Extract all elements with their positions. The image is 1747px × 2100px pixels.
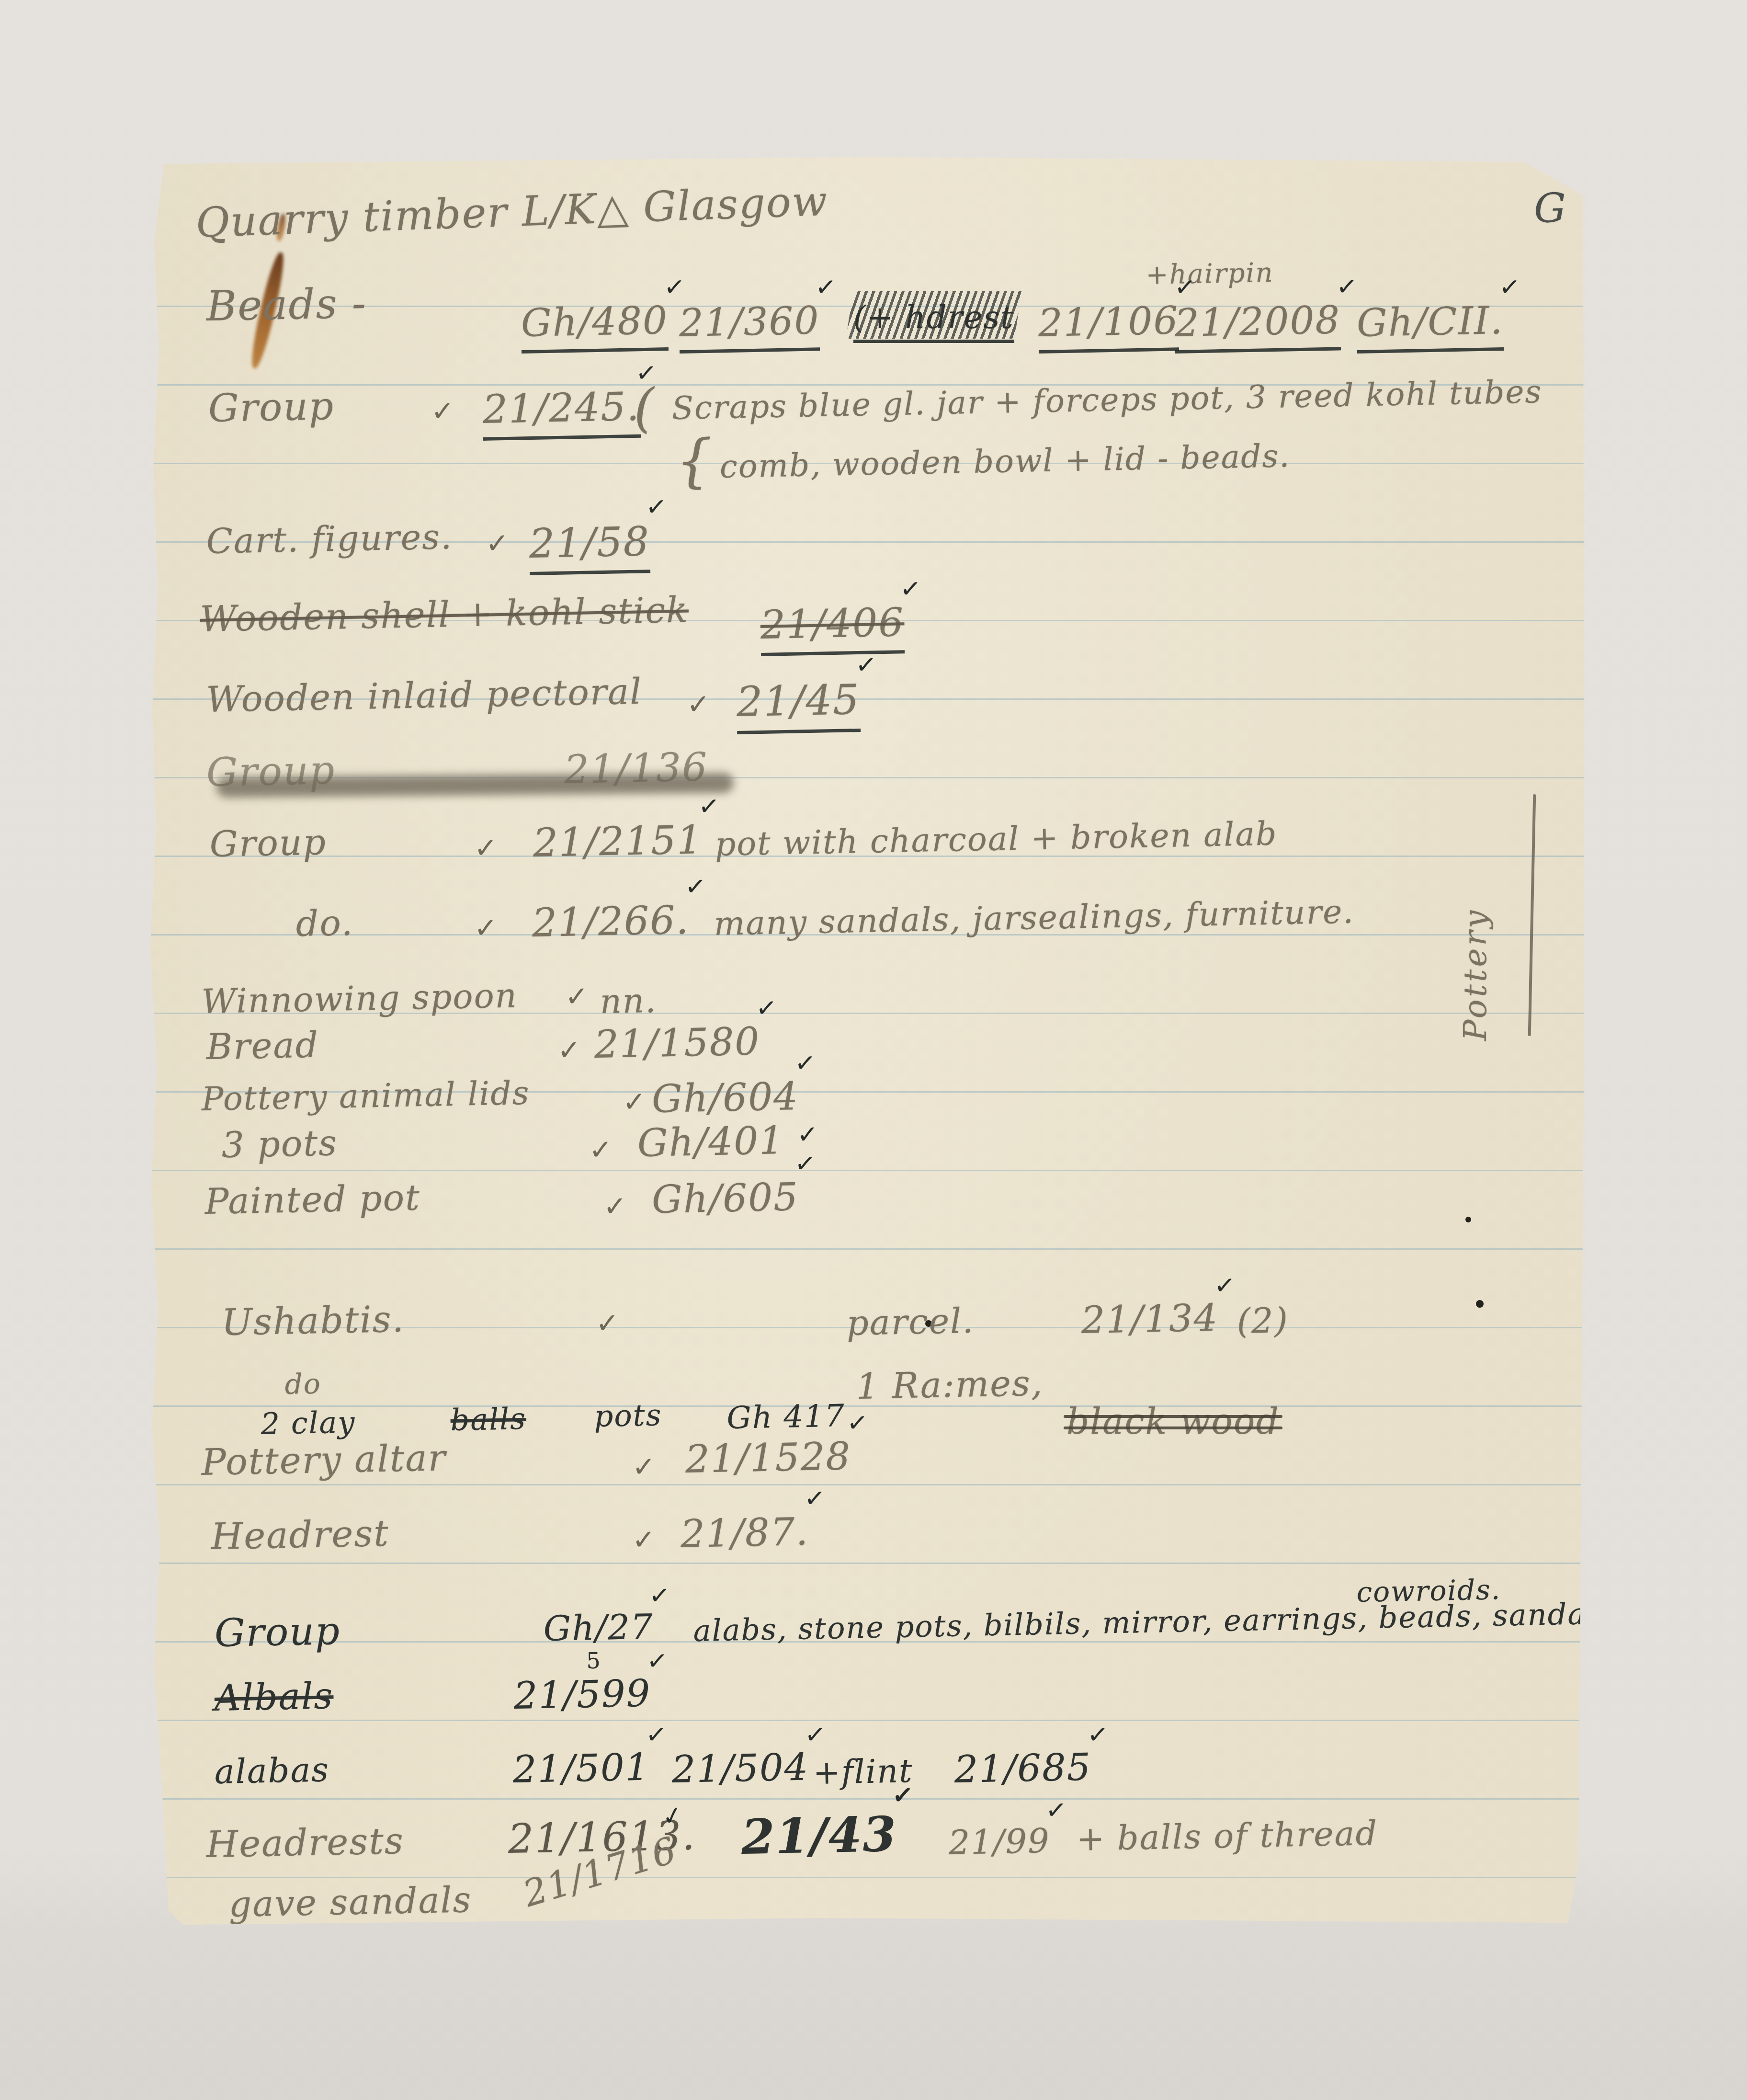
check-icon: ✓ <box>645 1720 668 1750</box>
check-icon: ✓ <box>646 1646 669 1677</box>
check-icon: ✓ <box>846 1408 869 1438</box>
check-icon: ✓ <box>687 688 710 720</box>
replacement-word: pots <box>594 1397 662 1434</box>
find-number: 21/501✓ <box>512 1746 650 1792</box>
note-text: parcel. <box>846 1301 975 1343</box>
entry-text: 1 Ra:mes, <box>856 1363 1044 1407</box>
row-label: Winnowing spoon <box>201 976 518 1021</box>
find-number: 21/245.✓ <box>482 384 641 441</box>
check-icon: ✓ <box>565 980 589 1013</box>
find-number: 21/504✓ <box>671 1746 809 1792</box>
check-icon: ✓ <box>431 395 454 427</box>
check-icon: ✓ <box>1498 272 1521 303</box>
find-number: Gh 417 <box>726 1398 845 1436</box>
row-label: Ushabtis. <box>221 1298 405 1344</box>
check-icon: ✓ <box>803 1484 827 1514</box>
check-icon: ✓ <box>797 1120 818 1150</box>
check-icon: ✓ <box>814 272 838 303</box>
row-label: Group <box>208 384 335 431</box>
margin-note-pottery: Pottery <box>1457 811 1494 1041</box>
row-label: Albals <box>214 1674 334 1719</box>
find-number: 21/406✓ <box>760 600 905 656</box>
row-label: do. <box>295 902 354 945</box>
check-icon: ✓ <box>1213 1270 1237 1301</box>
row-label: Headrest <box>211 1512 390 1558</box>
check-icon: ✓ <box>794 1048 817 1079</box>
check-icon: ✓ <box>1173 272 1197 303</box>
find-number: 21/99✓ <box>948 1821 1050 1862</box>
check-icon: ✓ <box>854 650 878 681</box>
check-icon: ✓ <box>474 912 498 944</box>
find-number: Gh/480✓ <box>521 298 669 354</box>
check-icon: ✓ <box>589 1133 613 1166</box>
find-number: 21/266.✓ <box>532 898 690 946</box>
row-label: gave sandals <box>228 1879 472 1925</box>
check-icon: ✓ <box>623 1085 646 1118</box>
check-icon: ✓ <box>474 832 498 864</box>
find-number: 21/43✓ <box>741 1806 897 1865</box>
check-icon: ✓ <box>486 527 509 559</box>
check-icon: ✓ <box>794 1149 817 1179</box>
find-number: 21/87.✓ <box>680 1509 809 1556</box>
find-number: Gh/401✓ <box>637 1118 785 1165</box>
row-label: Wooden inlaid pectoral <box>206 671 643 720</box>
find-number: Gh/27✓ <box>543 1607 654 1649</box>
find-number: 21/599✓ <box>513 1672 651 1718</box>
entry-text: 2 clay <box>261 1404 356 1441</box>
find-number: 21/134✓ <box>1081 1297 1219 1342</box>
find-number: 21/45✓ <box>736 676 861 734</box>
note-text: + balls of thread <box>1076 1814 1378 1859</box>
check-icon: ✓ <box>632 1450 656 1483</box>
scanned-document-page: { "page": { "corner_letter": "G ." }, "h… <box>0 0 1747 2100</box>
check-icon: ✓ <box>557 1034 581 1066</box>
check-icon: ✓ <box>899 574 922 605</box>
check-icon: ✓ <box>755 993 778 1024</box>
find-number: Gh/605✓ <box>651 1175 799 1222</box>
superscript-correction: 5 <box>586 1647 601 1674</box>
find-number: 21/1580✓ <box>594 1019 760 1067</box>
row-label: Beads - <box>206 280 367 331</box>
find-number: Gh/604✓ <box>651 1074 799 1121</box>
brace: { <box>675 427 714 494</box>
insert-above: do <box>284 1368 321 1401</box>
note-text: nn. <box>600 981 657 1021</box>
row-label: Pottery animal lids <box>201 1074 530 1118</box>
row-label: 3 pots <box>221 1122 338 1166</box>
row-label: Group <box>214 1609 341 1655</box>
check-icon: ✓ <box>684 872 707 902</box>
note-text: alabs, stone pots, bilbils, mirror, earr… <box>693 1596 1613 1648</box>
group-contents-line1: Scraps blue gl. jar + forceps pot, 3 ree… <box>671 373 1543 427</box>
row-label: Bread <box>206 1024 319 1067</box>
find-number: 21/685✓ <box>954 1746 1092 1792</box>
ink-spot <box>1465 1217 1471 1222</box>
struck-text: Wooden shell + kohl stick <box>200 589 689 640</box>
row-label: Headrests <box>206 1819 405 1866</box>
group-contents-line2: comb, wooden bowl + lid - beads. <box>719 437 1291 485</box>
row-beads: +hairpin Beads - Gh/480✓ 21/360✓ (+ hdre… <box>149 157 1584 194</box>
struck-text: black wood <box>1066 1401 1280 1442</box>
check-icon: ✓ <box>632 1523 656 1556</box>
find-number: Gh/CII.✓ <box>1356 298 1504 354</box>
check-icon: ✓ <box>663 272 686 303</box>
row-label: Pottery altar <box>201 1436 447 1484</box>
find-number: 21/360✓ <box>679 298 820 354</box>
row-label: Painted pot <box>204 1177 421 1222</box>
check-icon: ✓ <box>1086 1720 1110 1750</box>
check-icon: ✓ <box>603 1190 627 1222</box>
count-suffix: (2) <box>1237 1300 1289 1341</box>
check-icon: ✓ <box>645 492 668 523</box>
check-icon: ✓ <box>648 1581 671 1611</box>
check-icon: ✓ <box>891 1780 915 1811</box>
paren-open: ( <box>633 377 656 439</box>
check-icon: ✓ <box>1335 272 1359 302</box>
note-text: many sandals, jarsealings, furniture. <box>714 893 1355 943</box>
check-icon: ✓ <box>1044 1795 1068 1826</box>
find-number: 21/1528✓ <box>685 1434 851 1482</box>
smudge-strike <box>216 773 734 797</box>
page-letter: G . <box>1533 184 1595 232</box>
check-icon: ✓ <box>596 1307 619 1339</box>
find-number: 21/58✓ <box>529 518 650 575</box>
ink-spot <box>1476 1300 1484 1308</box>
row-label: Group <box>209 822 327 865</box>
scribbled-entry: (+ hdrest <box>853 299 1014 343</box>
annotation-hairpin: +hairpin <box>1146 257 1274 291</box>
find-number: 21/106✓ <box>1038 298 1180 354</box>
check-icon: ✓ <box>697 791 721 822</box>
notebook-page: G . Quarry timber L/K△ Glasgow +hairpin … <box>149 157 1584 1925</box>
struck-word: balls <box>450 1401 527 1438</box>
note-text: pot with charcoal + broken alab <box>715 815 1278 864</box>
find-number: 21/2008✓ <box>1174 297 1341 354</box>
row-label: alabas <box>214 1750 330 1792</box>
margin-line <box>1528 794 1536 1036</box>
check-icon: ✓ <box>804 1720 827 1750</box>
find-number: 21/2151✓ <box>533 817 703 866</box>
row-label: Cart. figures. <box>206 516 453 561</box>
